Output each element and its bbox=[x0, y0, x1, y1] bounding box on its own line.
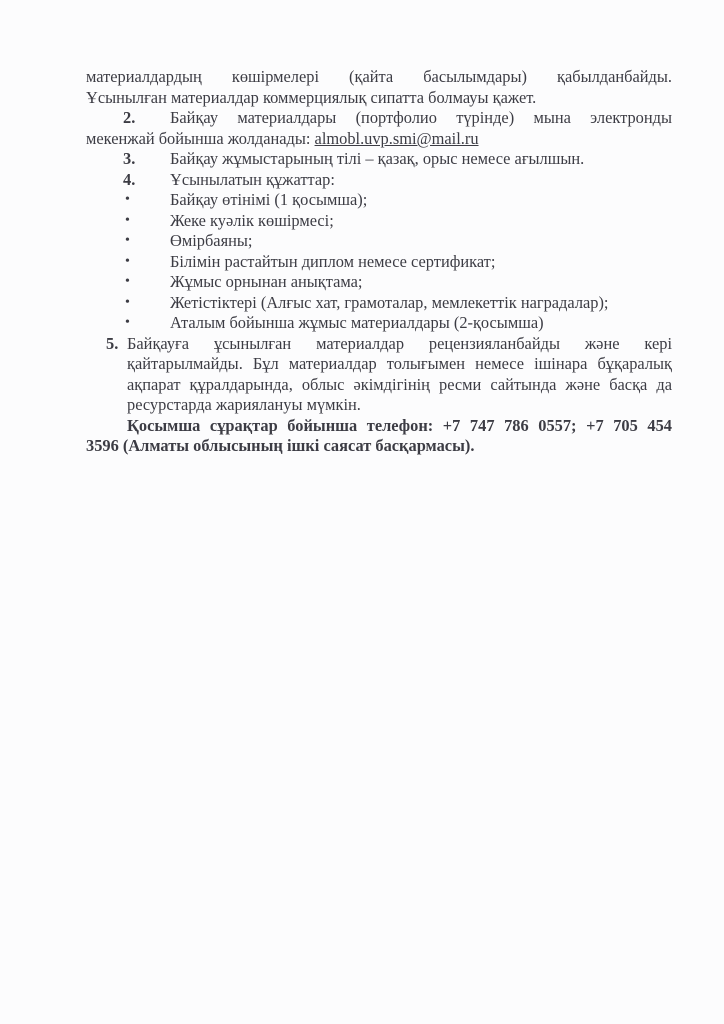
bullet-icon: • bbox=[125, 211, 130, 231]
list-item: Байқау өтінімі (1 қосымша); bbox=[170, 190, 367, 210]
item-number: 2. bbox=[123, 108, 135, 128]
item-text-continuation: мекенжай бойынша жолданады: almobl.uvp.s… bbox=[86, 129, 479, 149]
item-text: қайтарылмайды. Бұл материалдар толығымен… bbox=[127, 354, 672, 374]
item-text: Ұсынылатын құжаттар: bbox=[170, 170, 335, 190]
item-number: 4. bbox=[123, 170, 135, 190]
item-text: ақпарат құралдарында, облыс әкімдігінің … bbox=[127, 375, 672, 395]
contact-phone-line: 3596 (Алматы облысының ішкі саясат басқа… bbox=[86, 436, 474, 456]
bullet-icon: • bbox=[125, 313, 130, 333]
list-item: Өмірбаяны; bbox=[170, 231, 252, 251]
item-text: Байқау жұмыстарының тілі – қазақ, орыс н… bbox=[170, 149, 584, 169]
item-number: 3. bbox=[123, 149, 135, 169]
bullet-icon: • bbox=[125, 231, 130, 251]
list-item: Жұмыс орнынан анықтама; bbox=[170, 272, 362, 292]
item-text: Байқауға ұсынылған материалдар рецензиял… bbox=[127, 334, 672, 354]
item-text: ресурстарда жариялануы мүмкін. bbox=[127, 395, 361, 415]
item-number: 5. bbox=[106, 334, 118, 354]
list-item: Білімін растайтын диплом немесе сертифик… bbox=[170, 252, 495, 272]
email-link[interactable]: almobl.uvp.smi@mail.ru bbox=[315, 129, 479, 148]
paragraph-line: материалдардың көшірмелері (қайта басылы… bbox=[86, 67, 672, 87]
bullet-icon: • bbox=[125, 293, 130, 313]
paragraph-line: Ұсынылған материалдар коммерциялық сипат… bbox=[86, 88, 536, 108]
contact-phone-line: Қосымша сұрақтар бойынша телефон: +7 747… bbox=[127, 416, 672, 436]
bullet-icon: • bbox=[125, 252, 130, 272]
list-item: Аталым бойынша жұмыс материалдары (2-қос… bbox=[170, 313, 544, 333]
bullet-icon: • bbox=[125, 272, 130, 292]
list-item: Жетістіктері (Алғыс хат, грамоталар, мем… bbox=[170, 293, 608, 313]
email-label: мекенжай бойынша жолданады: bbox=[86, 129, 315, 148]
bullet-icon: • bbox=[125, 190, 130, 210]
list-item: Жеке куәлік көшірмесі; bbox=[170, 211, 334, 231]
document-page: материалдардың көшірмелері (қайта басылы… bbox=[0, 0, 724, 1024]
item-text: Байқау материалдары (портфолио түрінде) … bbox=[170, 108, 672, 128]
